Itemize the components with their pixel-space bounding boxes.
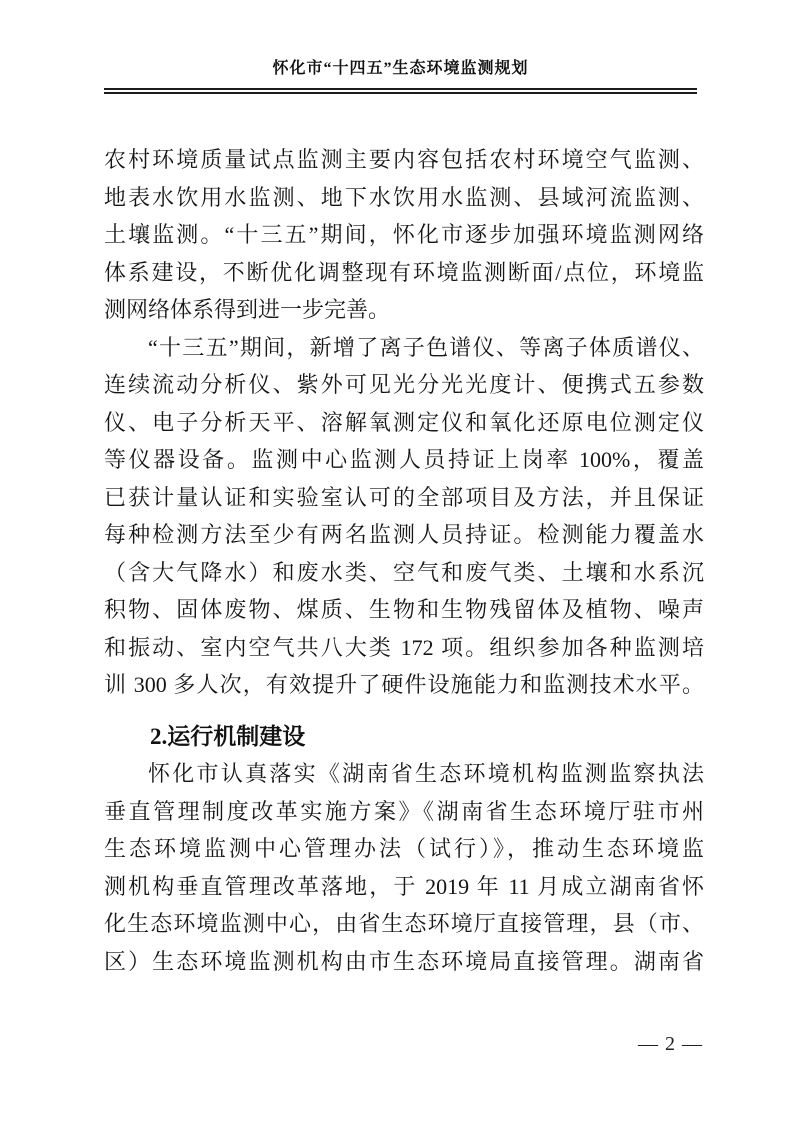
text-line: 等仪器设备。监测中心监测人员持证上岗率 100%，覆盖 — [104, 441, 704, 479]
text-line: 已获计量认证和实验室认可的全部项目及方法，并且保证 — [104, 479, 704, 517]
text-line: 和振动、室内空气共八大类 172 项。组织参加各种监测培 — [104, 629, 704, 667]
text-line: “十三五”期间，新增了离子色谱仪、等离子体质谱仪、 — [104, 329, 704, 367]
paragraph-1: 农村环境质量试点监测主要内容包括农村环境空气监测、 地表水饮用水监测、地下水饮用… — [104, 141, 704, 329]
text-line: 训 300 多人次，有效提升了硬件设施能力和监测技术水平。 — [104, 666, 704, 704]
text-line: 土壤监测。“十三五”期间，怀化市逐步加强环境监测网络 — [104, 216, 704, 254]
text-line: 测机构垂直管理改革落地，于 2019 年 11 月成立湖南省怀 — [104, 868, 704, 906]
paragraph-2: “十三五”期间，新增了离子色谱仪、等离子体质谱仪、 连续流动分析仪、紫外可见光分… — [104, 329, 704, 704]
header-rule-bottom-line — [104, 92, 697, 94]
text-line: 体系建设，不断优化调整现有环境监测断面/点位，环境监 — [104, 254, 704, 292]
text-line: 仪、电子分析天平、溶解氧测定仪和氧化还原电位测定仪 — [104, 404, 704, 442]
document-page: 怀化市“十四五”生态环境监测规划 农村环境质量试点监测主要内容包括农村环境空气监… — [0, 0, 793, 1122]
text-line: 垂直管理制度改革实施方案》《湖南省生态环境厅驻市州 — [104, 793, 704, 831]
text-line: 怀化市认真落实《湖南省生态环境机构监测监察执法 — [104, 755, 704, 793]
page-number: — 2 — — [638, 1033, 703, 1056]
paragraph-3: 怀化市认真落实《湖南省生态环境机构监测监察执法 垂直管理制度改革实施方案》《湖南… — [104, 755, 704, 980]
text-line: 生态环境监测中心管理办法（试行）》，推动生态环境监 — [104, 830, 704, 868]
header-double-rule — [104, 88, 697, 94]
text-line: 地表水饮用水监测、地下水饮用水监测、县域河流监测、 — [104, 179, 704, 217]
text-line: 每种检测方法至少有两名监测人员持证。检测能力覆盖水 — [104, 516, 704, 554]
text-line: 测网络体系得到进一步完善。 — [104, 291, 704, 329]
text-line: 农村环境质量试点监测主要内容包括农村环境空气监测、 — [104, 141, 704, 179]
text-line: 积物、固体废物、煤质、生物和生物残留体及植物、噪声 — [104, 591, 704, 629]
text-line: 区）生态环境监测机构由市生态环境局直接管理。湖南省 — [104, 943, 704, 981]
section-heading-2: 2.运行机制建设 — [104, 718, 704, 756]
header-title: 怀化市“十四五”生态环境监测规划 — [104, 55, 697, 78]
text-line: （含大气降水）和废水类、空气和废气类、土壤和水系沉 — [104, 554, 704, 592]
document-body: 农村环境质量试点监测主要内容包括农村环境空气监测、 地表水饮用水监测、地下水饮用… — [104, 141, 704, 980]
text-line: 化生态环境监测中心，由省生态环境厅直接管理，县（市、 — [104, 905, 704, 943]
text-line: 连续流动分析仪、紫外可见光分光光度计、便携式五参数 — [104, 366, 704, 404]
